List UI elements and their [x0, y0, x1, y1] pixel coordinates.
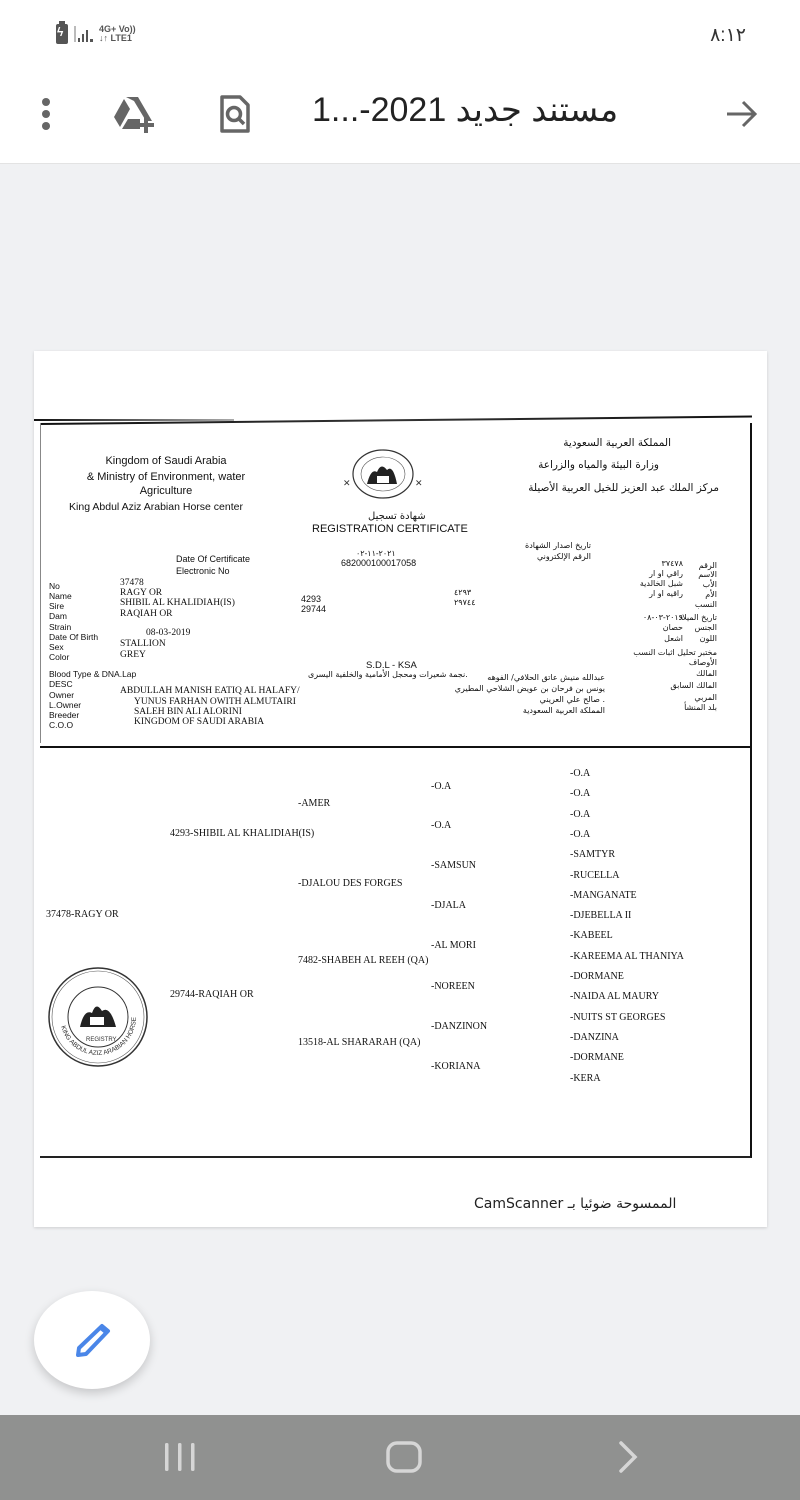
header-ar-line1: المملكة العربية السعودية — [563, 437, 671, 449]
field-label-en: DESC — [49, 679, 73, 689]
pedigree-gen4: -DORMANE — [570, 971, 624, 982]
field-label-ar: الأم — [705, 590, 717, 599]
status-time: ٨:١٢ — [710, 24, 746, 47]
field-value-ar: اشعل — [664, 634, 683, 643]
description-ar: .نجمة شعيرات ومحجل الأمامية والخلفية الي… — [308, 670, 468, 679]
header-ar-line2: وزارة البيئة والمياه والزراعة — [538, 459, 659, 471]
pedigree-gen2: 7482-SHABEH AL REEH (QA) — [298, 955, 428, 966]
system-nav-bar — [0, 1415, 800, 1500]
field-label-ar: المالك السابق — [670, 681, 717, 690]
pedigree-gen3: -O.A — [431, 820, 451, 831]
field-label-en: Breeder — [49, 710, 79, 720]
field-label-ar: اللون — [700, 634, 717, 643]
pedigree-gen4: -O.A — [570, 768, 590, 779]
field-value-en: SHIBIL AL KHALIDIAH(IS) — [120, 598, 235, 608]
pedigree-gen4: -DORMANE — [570, 1052, 624, 1063]
field-label-en: C.O.O — [49, 720, 73, 730]
pedigree-gen4: -NUITS ST GEORGES — [570, 1012, 665, 1023]
field-label-ar: الرقم — [699, 561, 717, 570]
find-in-page-button[interactable] — [207, 86, 263, 142]
field-label-en: Color — [49, 652, 69, 662]
field-label-ar: الاسم — [698, 570, 717, 579]
home-icon — [385, 1440, 423, 1474]
pedigree-gen2: -AMER — [298, 798, 330, 809]
pedigree-gen3: -O.A — [431, 781, 451, 792]
field-value-en: GREY — [120, 650, 146, 660]
pedigree-gen3: -DJALA — [431, 900, 466, 911]
field-label-en: Date Of Birth — [49, 632, 98, 642]
pedigree-gen4: -MANGANATE — [570, 890, 637, 901]
field-label-en: Blood Type & DNA.Lap — [49, 669, 136, 679]
pedigree-gen4: -KABEEL — [570, 930, 613, 941]
pedigree-sire: 4293-SHIBIL AL KHALIDIAH(IS) — [170, 828, 314, 839]
field-value-en: RAGY OR — [120, 588, 162, 598]
pedigree-gen4: -NAIDA AL MAURY — [570, 991, 659, 1002]
date-of-certificate-label: Date Of Certificate — [176, 554, 250, 564]
field-value-ar: ٣٧٤٧٨ — [662, 559, 683, 568]
find-in-page-icon — [218, 95, 252, 133]
field-value-en: 37478 — [120, 578, 144, 588]
field-value-ar: راقي او ار — [649, 569, 683, 578]
pedigree-gen3: -NOREEN — [431, 981, 475, 992]
field-label-ar: مختبر تحليل اثبات النسب — [633, 648, 717, 657]
status-bar: ϟ 4G+ Vo)) ↓↑ LTE1 ٨:١٢ — [0, 0, 800, 68]
field-value-ar: يونس بن فرحان بن عويض الشلاحي المطيري — [455, 684, 605, 693]
pedigree-gen4: -RUCELLA — [570, 870, 619, 881]
more-vert-icon — [40, 97, 52, 131]
document-title: مستند جديد 2021-...1 — [312, 90, 618, 130]
date-of-certificate-value: ٢٠٢١-١١-٠٢ — [356, 549, 396, 558]
pedigree-gen4: -SAMTYR — [570, 849, 615, 860]
pedigree-gen3: -KORIANA — [431, 1061, 480, 1072]
pedigree-dam: 29744-RAQIAH OR — [170, 989, 254, 1000]
field-value-ar: حصان — [663, 623, 683, 632]
electronic-no-value: 682000100017058 — [341, 558, 416, 568]
edit-fab-button[interactable] — [34, 1291, 150, 1389]
field-value-en: KINGDOM OF SAUDI ARABIA — [134, 717, 264, 727]
field-value-ar: راقيه او ار — [649, 589, 683, 598]
pedigree-gen4: -O.A — [570, 809, 590, 820]
field-label-ar: الأوصاف — [689, 658, 717, 667]
pedigree-gen2: 13518-AL SHARARAH (QA) — [298, 1037, 420, 1048]
dam-number-ar: ٢٩٧٤٤ — [454, 598, 475, 607]
registry-seal-icon: KING ABDUL AZIZ ARABIAN HORSES CENTER RE… — [46, 965, 150, 1069]
back-icon — [616, 1440, 640, 1474]
field-value-en: STALLION — [120, 639, 166, 649]
open-forward-button[interactable] — [714, 86, 770, 142]
svg-text:KING ABDUL AZIZ ARABIAN HORSES: KING ABDUL AZIZ ARABIAN HORSES CENTER — [46, 965, 138, 1057]
header-en-line1: Kingdom of Saudi Arabia — [86, 455, 246, 467]
svg-text:✕: ✕ — [343, 478, 351, 488]
header-en-line4: King Abdul Aziz Arabian Horse center — [56, 501, 256, 513]
field-label-ar: المالك — [696, 669, 717, 678]
field-label-ar: النسب — [695, 600, 717, 609]
pedigree-gen4: -O.A — [570, 829, 590, 840]
electronic-no-label: Electronic No — [176, 566, 230, 576]
pedigree-gen3: -AL MORI — [431, 940, 476, 951]
document-page-preview[interactable]: Kingdom of Saudi Arabia & Ministry of En… — [34, 351, 767, 1227]
pedigree-gen4: -KERA — [570, 1073, 601, 1084]
field-label-en: Strain — [49, 622, 71, 632]
dam-number: 29744 — [301, 604, 326, 614]
add-to-drive-button[interactable] — [106, 86, 162, 142]
svg-text:✕: ✕ — [415, 478, 423, 488]
pedigree-gen4: -O.A — [570, 788, 590, 799]
field-label-en: L.Owner — [49, 700, 81, 710]
sire-number-ar: ٤٢٩٣ — [454, 588, 471, 597]
field-label-en: Sex — [49, 642, 64, 652]
sire-number: 4293 — [301, 594, 321, 604]
more-options-button[interactable] — [18, 86, 74, 142]
field-value-ar: ٢٠١٩-٠٣-٠٨ — [643, 613, 683, 622]
certificate-title: REGISTRATION CERTIFICATE — [312, 523, 468, 535]
camscanner-watermark: الممسوحة ضوئيا بـ CamScanner — [474, 1196, 676, 1212]
edit-pencil-icon — [72, 1322, 112, 1358]
field-label-en: Dam — [49, 611, 67, 621]
pedigree-gen2: -DJALOU DES FORGES — [298, 878, 402, 889]
electronic-no-label-ar: الرقم الإلكتروني — [537, 552, 591, 561]
signal-strength-icon — [74, 26, 93, 42]
field-value-en: RAQIAH OR — [120, 609, 173, 619]
ministry-emblem-icon: ✕✕ — [337, 446, 429, 508]
field-value-ar: شبل الخالدية — [640, 579, 683, 588]
header-ar-line3: مركز الملك عبد العزيز للخيل العربية الأص… — [528, 482, 719, 494]
field-label-ar: تاريخ الميلاد — [679, 613, 718, 622]
network-indicator: 4G+ Vo)) ↓↑ LTE1 — [99, 25, 136, 43]
field-value-en: SALEH BIN ALI ALORINI — [134, 707, 242, 717]
field-value-ar: عبدالله منيش عاتق الحلافي/ الفوهه — [487, 673, 605, 682]
svg-text:REGISTRY: REGISTRY — [86, 1037, 117, 1043]
date-of-certificate-label-ar: تاريخ اصدار الشهادة — [525, 541, 591, 550]
field-label-ar: الأب — [703, 580, 717, 589]
pedigree-gen3: -SAMSUN — [431, 860, 476, 871]
field-label-en: Sire — [49, 601, 64, 611]
header-en-line3: Agriculture — [86, 485, 246, 497]
field-label-ar: الجنس — [695, 623, 717, 632]
app-bar: مستند جديد 2021-...1 — [0, 68, 800, 164]
home-button[interactable] — [374, 1435, 434, 1479]
drive-add-icon — [110, 95, 158, 133]
forward-arrow-icon — [725, 99, 759, 129]
section-divider — [40, 746, 752, 748]
field-label-ar: بلد المنشأ — [684, 703, 717, 712]
field-value-en: ABDULLAH MANISH EATIQ AL HALAFY/ — [120, 686, 300, 696]
field-label-ar: المربي — [694, 693, 717, 702]
field-value-ar: المملكة العربية السعودية — [523, 706, 605, 715]
pedigree-gen4: -DANZINA — [570, 1032, 619, 1043]
title-ar: شهادة تسجيل — [368, 511, 426, 522]
recent-apps-button[interactable] — [150, 1435, 210, 1479]
pedigree-gen4: -DJEBELLA II — [570, 910, 631, 921]
header-en-line2: & Ministry of Environment, water — [56, 471, 276, 483]
status-indicators: ϟ 4G+ Vo)) ↓↑ LTE1 — [56, 24, 136, 44]
recent-apps-icon — [162, 1441, 198, 1473]
field-value-en: YUNUS FARHAN OWITH ALMUTAIRI — [134, 697, 296, 707]
field-value-ar: . صالح علي العريني — [540, 695, 605, 704]
field-value-en: 08-03-2019 — [146, 628, 190, 638]
field-label-en: No — [49, 581, 60, 591]
back-button[interactable] — [598, 1435, 658, 1479]
pedigree-subject: 37478-RAGY OR — [46, 909, 119, 920]
pedigree-gen4: -KAREEMA AL THANIYA — [570, 951, 684, 962]
battery-charging-icon: ϟ — [56, 24, 68, 44]
field-label-en: Owner — [49, 690, 74, 700]
pedigree-gen3: -DANZINON — [431, 1021, 487, 1032]
field-label-en: Name — [49, 591, 72, 601]
